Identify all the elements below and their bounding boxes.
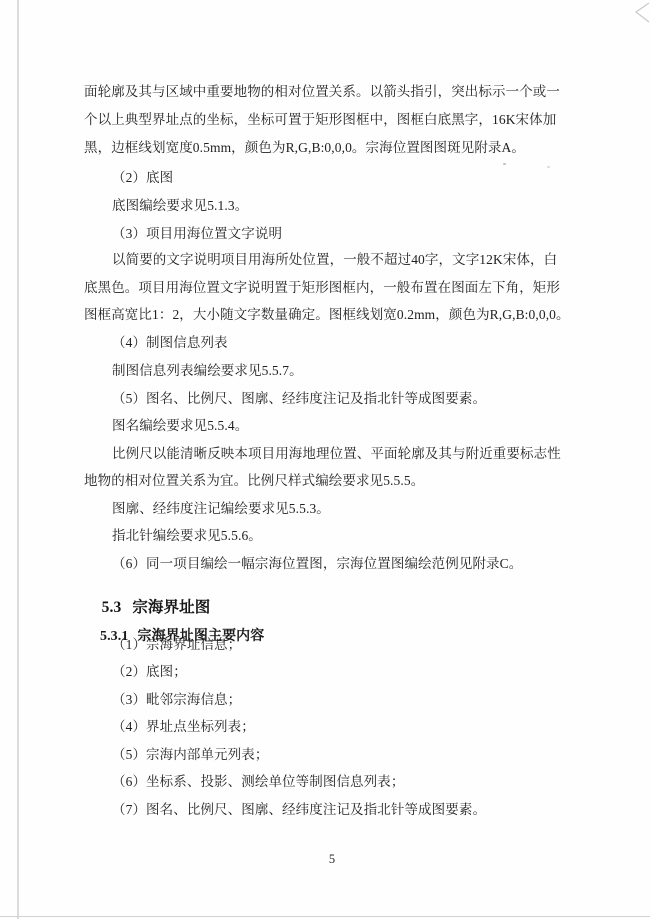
body-line: 面轮廓及其与区域中重要地物的相对位置关系。以箭头指引，突出标示一个或一	[84, 82, 580, 101]
body-line: 个以上典型界址点的坐标，坐标可置于矩形图框中，图框白底黑字，16K宋体加	[84, 110, 580, 129]
list-item: （6）坐标系、投影、测绘单位等制图信息列表；	[84, 772, 608, 791]
body-line: 图名编绘要求见5.5.4。	[84, 416, 608, 435]
list-item: （4）制图信息列表	[84, 333, 608, 352]
list-item: （7）图名、比例尺、图廓、经纬度注记及指北针等成图要素。	[84, 800, 608, 819]
page-number: 5	[84, 852, 580, 867]
list-item: （1）宗海界址信息；	[84, 635, 608, 654]
body-line: 地物的相对位置关系为宜。比例尺样式编绘要求见5.5.5。	[84, 471, 580, 490]
scan-left-edge-line	[17, 0, 19, 919]
scanned-document-page: 面轮廓及其与区域中重要地物的相对位置关系。以箭头指引，突出标示一个或一 个以上典…	[0, 0, 650, 919]
scan-corner-mark	[632, 1, 650, 25]
body-line: 指北针编绘要求见5.5.6。	[84, 526, 608, 545]
body-line: 比例尺以能清晰反映本项目用海地理位置、平面轮廓及其与附近重要标志性	[84, 444, 608, 463]
body-line: 以简要的文字说明项目用海所处位置，一般不超过40字，文字12K宋体，白	[84, 250, 608, 269]
list-item: （3）毗邻宗海信息；	[84, 690, 608, 709]
list-item: （6）同一项目编绘一幅宗海位置图，宗海位置图编绘范例见附录C。	[84, 554, 608, 573]
body-line: 黑，边框线划宽度0.5mm，颜色为R,G,B:0,0,0。宗海位置图图斑见附录A…	[84, 138, 580, 157]
list-item: （2）底图；	[84, 662, 608, 681]
list-item: （5）图名、比例尺、图廓、经纬度注记及指北针等成图要素。	[84, 389, 608, 408]
scan-bottom-edge-line	[0, 916, 650, 917]
scan-speck	[503, 163, 506, 165]
body-line: 底黑色。项目用海位置文字说明置于矩形图框内，一般布置在图面左下角，矩形	[84, 278, 580, 297]
body-line: 图廓、经纬度注记编绘要求见5.5.3。	[84, 499, 608, 518]
body-line: 底图编绘要求见5.1.3。	[84, 196, 608, 215]
body-line: 图框高宽比1：2，大小随文字数量确定。图框线划宽0.2mm，颜色为R,G,B:0…	[84, 305, 580, 324]
list-item: （5）宗海内部单元列表；	[84, 745, 608, 764]
list-item: （2）底图	[84, 168, 608, 187]
list-item: （4）界址点坐标列表；	[84, 717, 608, 736]
body-line: 制图信息列表编绘要求见5.5.7。	[84, 361, 608, 380]
list-item: （3）项目用海位置文字说明	[84, 224, 608, 243]
